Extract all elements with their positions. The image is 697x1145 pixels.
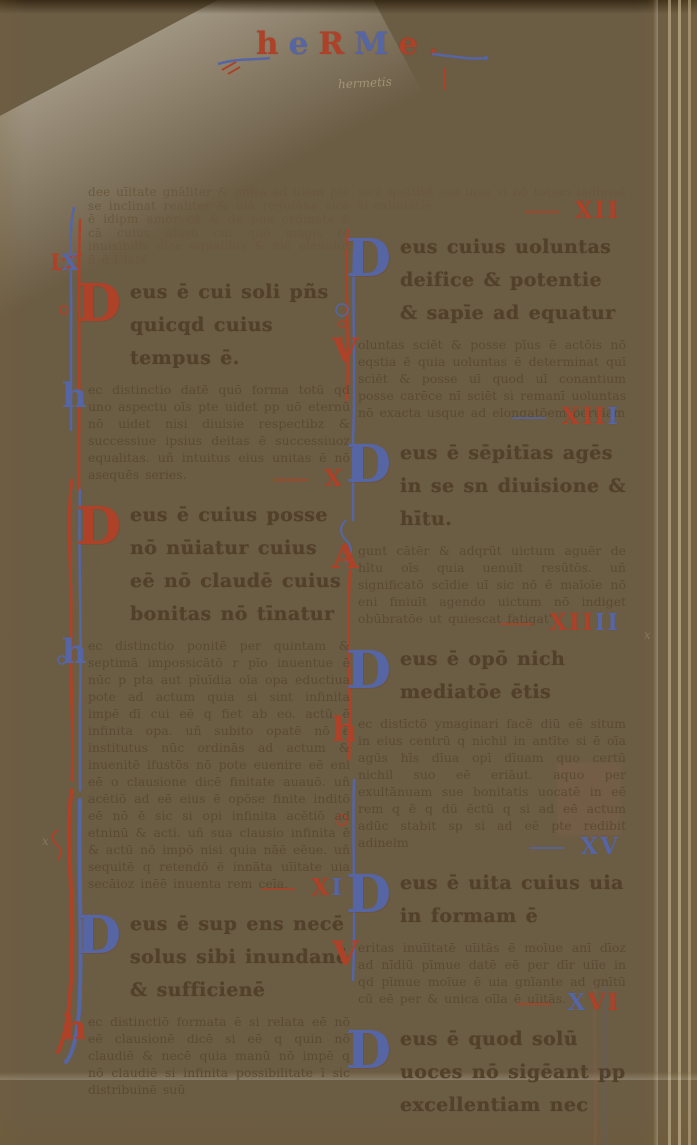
proposition-10-commentary: h ec distinctio ponitē per quintam & sep…: [88, 637, 350, 892]
vellum-crease-vertical: [648, 0, 658, 1145]
heading-text: eus ē cuius posse nō nūiatur cuius eē nō…: [130, 504, 341, 625]
later-inscription: hermetis: [338, 75, 393, 92]
manuscript-page: heRMe. hermetis IX x x: [0, 0, 697, 1145]
chapter-numeral-XVI: XVI: [358, 991, 626, 1015]
illuminated-initial-D: D: [346, 1025, 392, 1077]
proposition-15-heading: D eus ē uita cuius uia in formam ē: [358, 867, 626, 933]
illuminated-initial-D: D: [76, 910, 122, 962]
proposition-11-heading: D eus ē sup ens necē solus sibi inundanē…: [88, 908, 350, 1007]
illuminated-initial-D: D: [346, 869, 392, 921]
penwork-initial-V: V: [332, 334, 358, 368]
numeral-segment: XII: [562, 403, 607, 430]
chapter-numeral-XIII: XIII: [358, 405, 626, 429]
proposition-16-heading: D eus ē quod solū uoces nō sigēant pp ex…: [358, 1023, 626, 1122]
proposition-12-heading: D eus cuius uoluntas deifice & potentie …: [358, 231, 626, 330]
proposition-13-heading: D eus ē sēpitīas agēs in se sn diuisione…: [358, 437, 626, 536]
page-stack-line: [688, 0, 691, 1145]
penwork-initial-A: A: [332, 540, 358, 574]
penwork-initial-h: h: [62, 379, 87, 413]
margin-chapter-numeral: IX: [50, 250, 79, 276]
commentary-text: ec distinctiō formata ē si relata eē nō …: [88, 1014, 350, 1097]
page-edge-left: [0, 0, 26, 1145]
heading-text: eus ē cui soli pñs quicqd cuius tempus ē…: [130, 281, 329, 369]
illuminated-initial-D: D: [346, 439, 392, 491]
commentary-text: ec distinctio ponitē per quintam & septi…: [88, 638, 350, 891]
illuminated-initial-D: D: [346, 233, 392, 285]
penwork-initial-h: h: [62, 1011, 87, 1045]
heading-text: eus ē opō nich mediatōe ētis: [400, 648, 565, 703]
text-column-left: dee uīitate gnāliter & gnīta ad uiam ptē…: [88, 186, 350, 1098]
page-stack-line: [678, 0, 681, 1145]
numeral-segment: XII: [549, 609, 594, 636]
numeral-segment: X: [311, 874, 331, 901]
chapter-numeral-XI: XI: [88, 876, 350, 900]
illuminated-initial-D: D: [346, 645, 392, 697]
numeral-segment: I: [50, 250, 61, 276]
numeral-segment: I: [607, 403, 620, 430]
margin-mark-x: x: [42, 834, 49, 848]
numeral-segment: X: [324, 465, 344, 492]
chapter-numeral-XV: XV: [358, 835, 626, 859]
penwork-initial-h: h: [332, 713, 357, 747]
gloss-continuation: dee uīitate gnāliter & gnīta ad uiam ptē…: [88, 186, 350, 268]
heading-text: eus ē uita cuius uia in formam ē: [400, 872, 624, 927]
penwork-initial-V: V: [332, 937, 358, 971]
proposition-14-heading: D eus ē opō nich mediatōe ētis: [358, 643, 626, 709]
penwork-initial-h: h: [62, 635, 87, 669]
page-edge-top: [0, 0, 697, 14]
numeral-segment: II: [594, 609, 620, 636]
proposition-10-heading: D eus ē cuius posse nō nūiatur cuius eē …: [88, 499, 350, 631]
chapter-numeral-XIIII: XIIII: [358, 611, 626, 635]
heading-text: eus ē sēpitīas agēs in se sn diuisione &…: [400, 442, 626, 530]
chapter-numeral-X: X: [88, 467, 350, 491]
page-edge-right: [637, 0, 697, 1145]
numeral-segment: XV: [580, 833, 620, 860]
numeral-segment: X: [568, 989, 588, 1016]
proposition-14-commentary: h ec distīctō ymaginari facē diū eē situ…: [358, 715, 626, 851]
numeral-segment: I: [331, 874, 344, 901]
heading-text: eus ē sup ens necē solus sibi inundanē &…: [130, 913, 349, 1001]
illuminated-initial-D: D: [76, 501, 122, 553]
text-column-right: sicē quātitē ase inse si nō totum indigi…: [358, 186, 626, 1122]
commentary-text: ec distīctō ymaginari facē diū eē situm …: [358, 716, 626, 850]
numeral-segment: XII: [575, 197, 620, 224]
proposition-9-heading: D eus ē cui soli pñs quicqd cuius tempus…: [88, 276, 350, 375]
margin-mark-x: x: [644, 628, 651, 642]
illuminated-initial-D: D: [76, 278, 122, 330]
proposition-11-commentary: h ec distinctiō formata ē si relata eē n…: [88, 1013, 350, 1098]
page-stack-line: [668, 0, 671, 1145]
chapter-numeral-XII: XII: [358, 199, 626, 223]
heading-text: eus ē quod solū uoces nō sigēant pp exce…: [400, 1028, 626, 1116]
heading-text: eus cuius uoluntas deifice & potentie & …: [400, 236, 616, 324]
numeral-segment: VI: [587, 989, 620, 1016]
